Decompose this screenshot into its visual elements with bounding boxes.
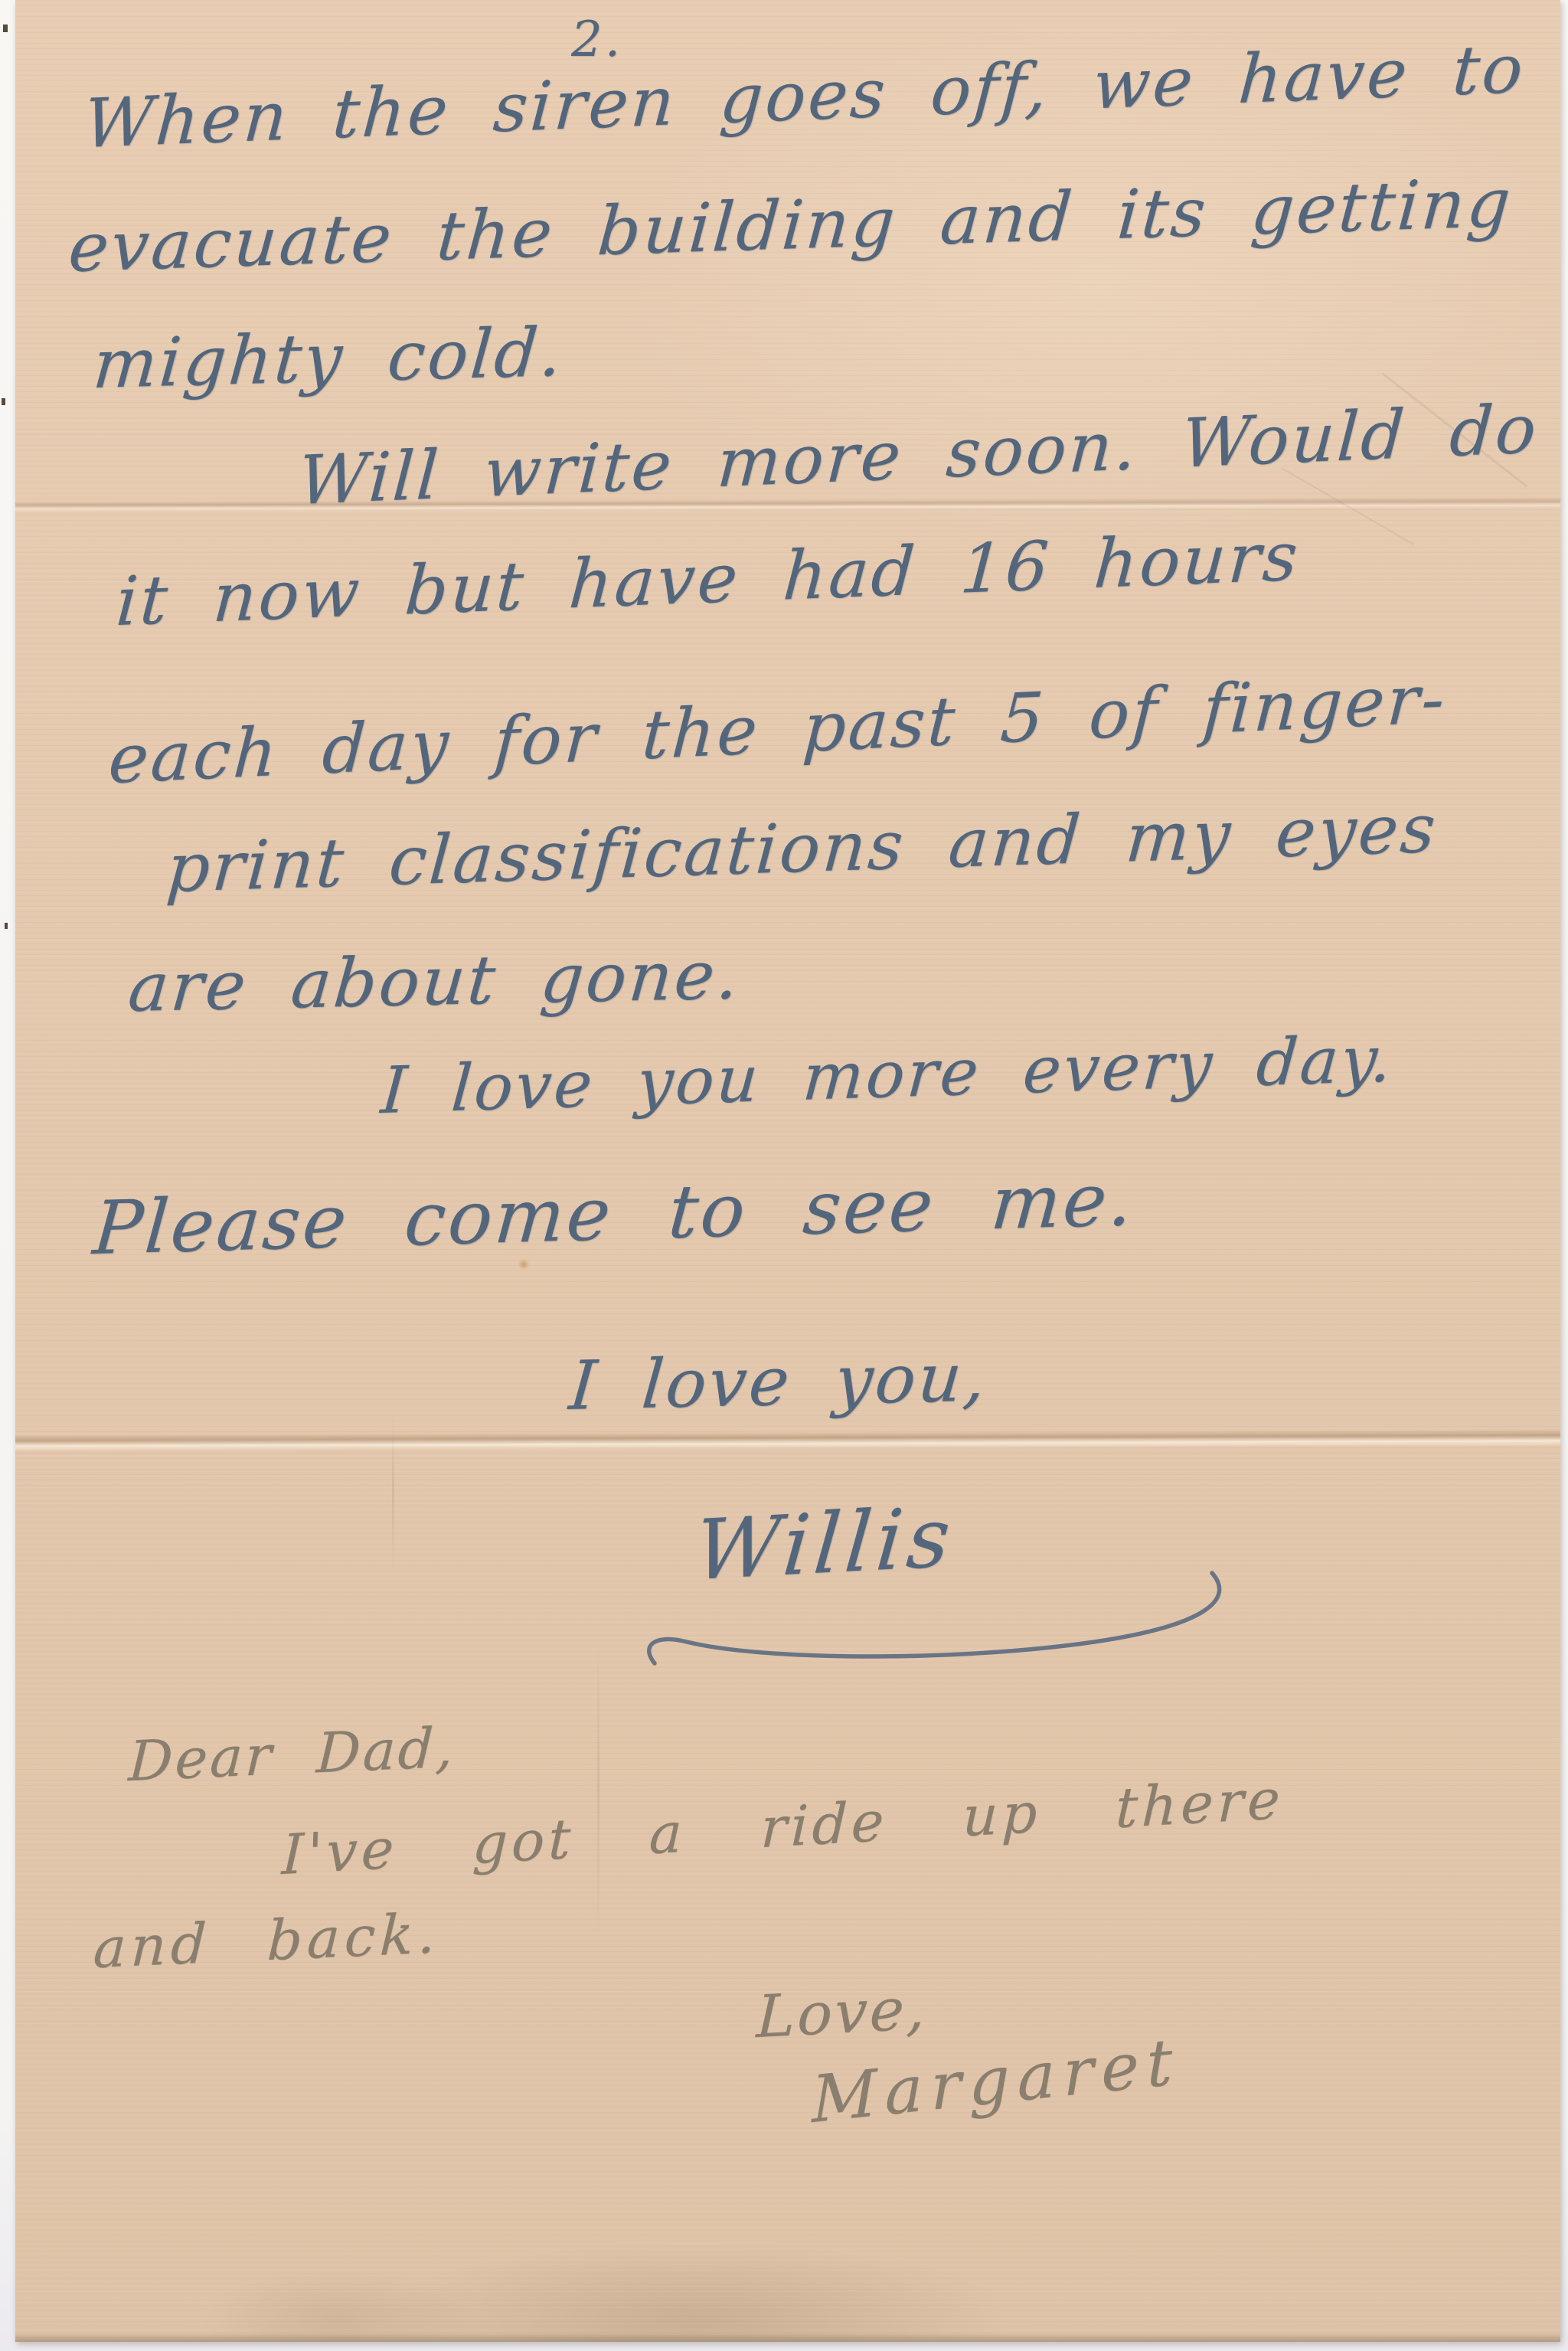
ink-line: Please come to see me. <box>90 1162 1137 1265</box>
ink-line: I love you more every day. <box>379 1026 1396 1123</box>
ink-line: each day for the past 5 of finger- <box>106 665 1448 793</box>
pencil-salutation: Dear Dad, <box>127 1719 456 1789</box>
scanned-letter-page: 2. When the siren goes off, we have to e… <box>0 0 1568 2351</box>
ink-line: Will write more soon. Would do <box>296 395 1540 515</box>
letter-paper: 2. When the siren goes off, we have to e… <box>15 0 1560 2342</box>
ink-line: are about gone. <box>126 941 743 1022</box>
pencil-line: and back. <box>92 1905 441 1976</box>
scan-edge-speck <box>2 398 5 405</box>
ink-line: evacuate the building and its getting <box>67 169 1515 282</box>
scan-edge-speck <box>3 25 8 32</box>
fold-crease-lower <box>15 1429 1560 1451</box>
ink-line: print classifications and my eyes <box>165 795 1440 902</box>
vertical-crease <box>597 1639 599 1937</box>
page-number: 2. <box>571 15 622 64</box>
ink-line: When the siren goes off, we have to <box>82 35 1527 159</box>
ink-closing: I love you, <box>567 1343 990 1420</box>
pencil-closing: Love, <box>756 1979 929 2046</box>
scan-edge-speck <box>5 923 8 929</box>
paper-bottom-edge <box>15 2333 1560 2342</box>
paper-stain <box>518 1259 530 1270</box>
pencil-line: I've got a ride up there <box>281 1771 1285 1882</box>
vertical-crease <box>392 1413 394 1574</box>
ink-line: it now but have had 16 hours <box>114 522 1302 636</box>
ink-line: mighty cold. <box>91 319 567 398</box>
signature-flourish <box>639 1570 1244 1666</box>
